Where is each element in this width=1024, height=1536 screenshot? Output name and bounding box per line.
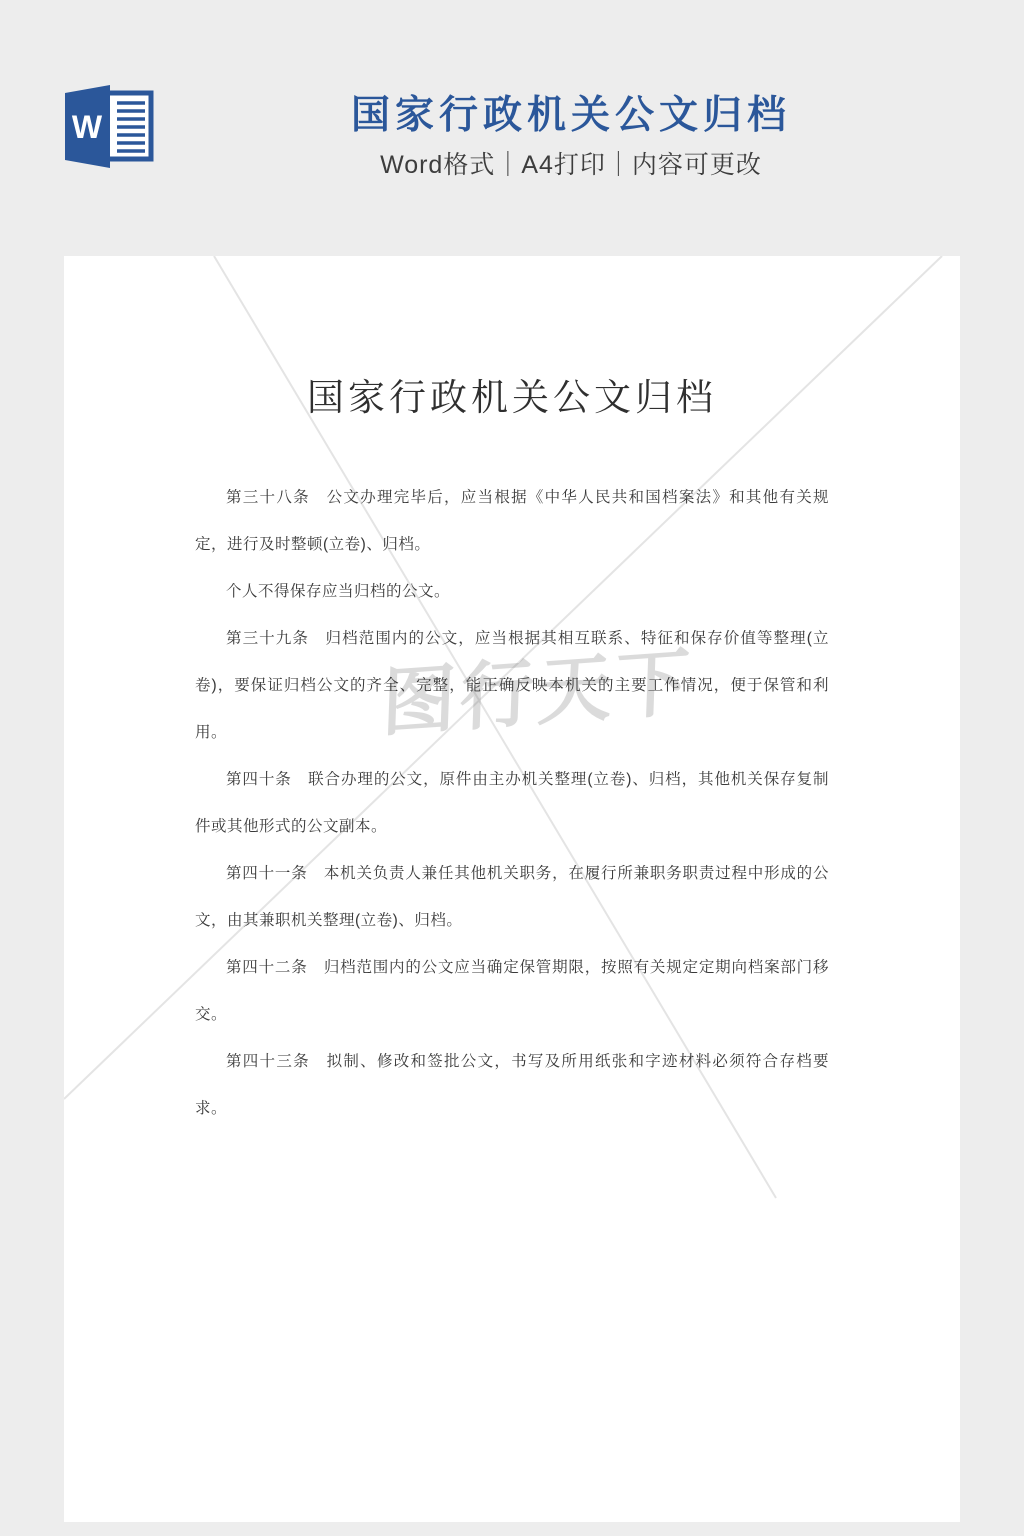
document-paragraph: 第三十八条 公文办理完毕后，应当根据《中华人民共和国档案法》和其他有关规定，进行… [195, 474, 829, 568]
document-paragraph: 第四十三条 拟制、修改和签批公文，书写及所用纸张和字迹材料必须符合存档要求。 [195, 1038, 829, 1132]
header-title: 国家行政机关公文归档 [118, 94, 1024, 138]
document-paragraph: 第四十二条 归档范围内的公文应当确定保管期限，按照有关规定定期向档案部门移交。 [195, 944, 829, 1038]
document-paragraph: 第四十一条 本机关负责人兼任其他机关职务，在履行所兼职务职责过程中形成的公文，由… [195, 850, 829, 944]
document-paragraph: 第三十九条 归档范围内的公文，应当根据其相互联系、特征和保存价值等整理(立卷)，… [195, 615, 829, 756]
document-content: 国家行政机关公文归档 第三十八条 公文办理完毕后，应当根据《中华人民共和国档案法… [64, 376, 960, 1132]
header-text-block: 国家行政机关公文归档 Word格式｜A4打印｜内容可更改 [118, 0, 1024, 180]
document-paragraph: 第四十条 联合办理的公文，原件由主办机关整理(立卷)、归档，其他机关保存复制件或… [195, 756, 829, 850]
document-body: 第三十八条 公文办理完毕后，应当根据《中华人民共和国档案法》和其他有关规定，进行… [195, 474, 829, 1132]
document-page: 图行天下 国家行政机关公文归档 第三十八条 公文办理完毕后，应当根据《中华人民共… [64, 256, 960, 1522]
document-title: 国家行政机关公文归档 [195, 376, 829, 420]
document-paragraph: 个人不得保存应当归档的公文。 [195, 568, 829, 615]
preview-header: W 国家行政机关公文归档 Word格式｜A4打印｜内容可更改 [0, 0, 1024, 256]
header-subtitle: Word格式｜A4打印｜内容可更改 [118, 150, 1024, 180]
word-logo-letter: W [72, 109, 103, 145]
